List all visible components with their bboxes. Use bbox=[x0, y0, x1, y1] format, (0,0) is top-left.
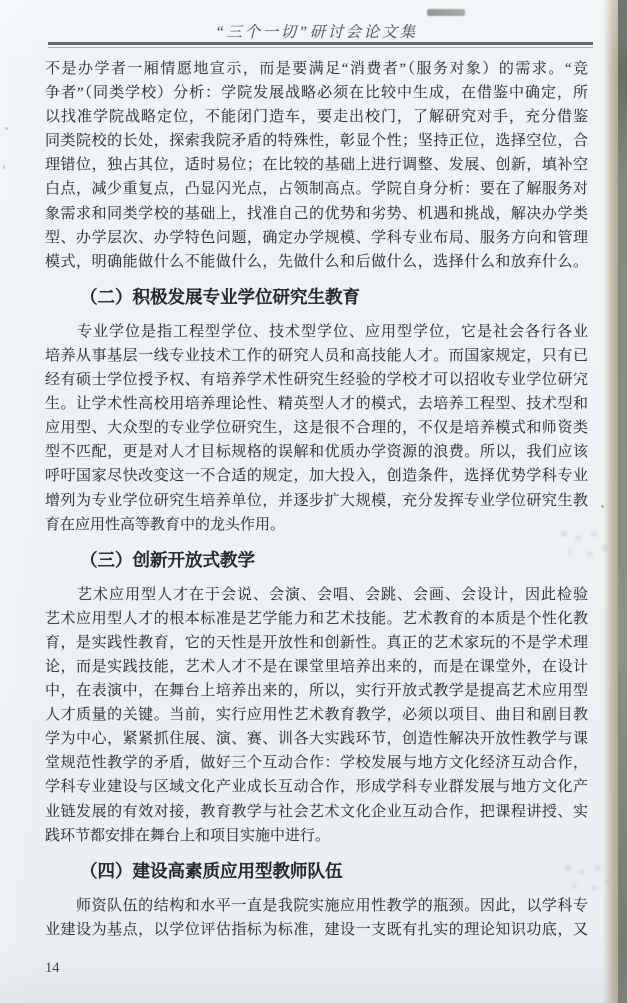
text-line: 论，而是实践技能，艺术人才不是在课堂里培养出来的，而是在课堂外，在设计 bbox=[45, 655, 588, 679]
text-line: 经有硕士学位授予权、有培养学术性研究生经验的学校才可以招收专业学位研究 bbox=[45, 368, 588, 392]
text-line: 育，是实践性教育，它的天性是开放性和创新性。真正的艺术家玩的不是学术理 bbox=[45, 631, 588, 655]
text-line: 呼吁国家尽快改变这一不合适的规定，加大投入，创造条件，选择优势学科专业 bbox=[45, 464, 588, 488]
text-line: 同类院校的长处，探索我院矛盾的特殊性，彰显个性；坚持正位，选择空位，合 bbox=[45, 129, 588, 153]
header-rule-thin bbox=[48, 47, 593, 48]
text-line: 培养从事基层一线专业技术工作的研究人员和高技能人才。而国家规定，只有已 bbox=[45, 344, 588, 368]
text-line: 艺术应用型人才的根本标准是艺学能力和艺术技能。艺术教育的本质是个性化教 bbox=[45, 607, 588, 631]
scan-speck bbox=[3, 165, 5, 169]
text-line: 白点，减少重复点，凸显闪光点，占领制高点。学院自身分析：要在了解服务对 bbox=[45, 177, 588, 201]
text-line: 型、办学层次、办学特色问题，确定办学规模、学科专业布局、服务方向和管理 bbox=[45, 226, 588, 250]
text-line: 以找准学院战略定位，不能闭门造车，要走出校门，了解研究对手，充分借鉴 bbox=[45, 105, 588, 129]
text-line: 生。让学术性高校用培养理论性、精英型人才的模式，去培养工程型、技术型和 bbox=[45, 392, 588, 416]
text-line: 人才质量的关键。当前，实行应用性艺术教育教学，必须以项目、曲目和剧目教 bbox=[45, 703, 588, 727]
text-line: 型不匹配，更是对人才目标规格的误解和优质办学资源的浪费。所以，我们应该 bbox=[45, 440, 588, 464]
scanned-book-page: “三个一切”研讨会论文集 不是办学者一厢情愿地宣示，而是要满足“消费者”（服务对… bbox=[0, 0, 627, 1003]
paragraph: 不是办学者一厢情愿地宣示，而是要满足“消费者”（服务对象）的需求。“竞争者”（同… bbox=[45, 57, 588, 274]
book-gutter-edge bbox=[618, 0, 627, 1003]
scan-smudge-mark bbox=[427, 9, 465, 16]
scan-speck bbox=[5, 127, 8, 130]
header-rule bbox=[48, 42, 593, 48]
running-header-title: “三个一切”研讨会论文集 bbox=[45, 20, 588, 42]
paragraph: 师资队伍的结构和水平一直是我院实施应用性教学的瓶颈。因此，以学科专业建设为基点，… bbox=[45, 894, 588, 942]
section-heading: （三）创新开放式教学 bbox=[45, 548, 588, 572]
text-line: 业链发展的有效对接，教育教学与社会艺术文化企业互动合作，把课程讲授、实 bbox=[45, 800, 588, 824]
page-edge-shadow bbox=[603, 0, 619, 1003]
page-number: 14 bbox=[45, 960, 60, 977]
page-body: 不是办学者一厢情愿地宣示，而是要满足“消费者”（服务对象）的需求。“竞争者”（同… bbox=[45, 57, 588, 942]
section-heading: （二）积极发展专业学位研究生教育 bbox=[45, 285, 588, 309]
text-line: 师资队伍的结构和水平一直是我院实施应用性教学的瓶颈。因此，以学科专 bbox=[45, 894, 588, 918]
text-line: 业建设为基点，以学位评估指标为标准，建设一支既有扎实的理论知识功底，又 bbox=[45, 918, 588, 942]
text-line: 育在应用性高等教育中的龙头作用。 bbox=[45, 513, 588, 537]
text-line: 学科专业建设与区域文化产业成长互动合作，形成学科专业群发展与地方文化产 bbox=[45, 775, 588, 799]
text-line: 专业学位是指工程型学位、技术型学位、应用型学位，它是社会各行各业 bbox=[45, 320, 588, 344]
text-line: 争者”（同类学校）分析：学院发展战略必须在比较中生成，在借鉴中确定，所 bbox=[45, 81, 588, 105]
paragraph: 艺术应用型人才在于会说、会演、会唱、会跳、会画、会设计，因此检验艺术应用型人才的… bbox=[45, 583, 588, 848]
text-line: 增列为专业学位研究生培养单位，并逐步扩大规模，充分发挥专业学位研究生教 bbox=[45, 489, 588, 513]
header-rule-thick bbox=[48, 42, 593, 45]
text-line: 堂规范性教学的矛盾，做好三个互动合作：学校发展与地方文化经济互动合作， bbox=[45, 751, 588, 775]
text-line: 学为中心，紧紧抓住展、演、赛、训各大实践环节，创造性解决开放性教学与课 bbox=[45, 727, 588, 751]
text-line: 理错位，独占其位，适时易位；在比较的基础上进行调整、发展、创新，填补空 bbox=[45, 153, 588, 177]
text-line: 践环节都安排在舞台上和项目实施中进行。 bbox=[45, 824, 588, 848]
text-line: 艺术应用型人才在于会说、会演、会唱、会跳、会画、会设计，因此检验 bbox=[45, 583, 588, 607]
text-line: 中，在表演中，在舞台上培养出来的，所以，实行开放式教学是提高艺术应用型 bbox=[45, 679, 588, 703]
text-line: 不是办学者一厢情愿地宣示，而是要满足“消费者”（服务对象）的需求。“竞 bbox=[45, 57, 588, 81]
text-line: 模式，明确能做什么不能做什么，先做什么和后做什么，选择什么和放弃什么。 bbox=[45, 250, 588, 274]
section-heading: （四）建设高素质应用型教师队伍 bbox=[45, 859, 588, 883]
text-line: 应用型、大众型的专业学位研究生，这是很不合理的，不仅是培养模式和师资类 bbox=[45, 416, 588, 440]
text-line: 象需求和同类学校的基础上，找准自己的优势和劣势、机遇和挑战，解决办学类 bbox=[45, 202, 588, 226]
paragraph: 专业学位是指工程型学位、技术型学位、应用型学位，它是社会各行各业培养从事基层一线… bbox=[45, 320, 588, 537]
